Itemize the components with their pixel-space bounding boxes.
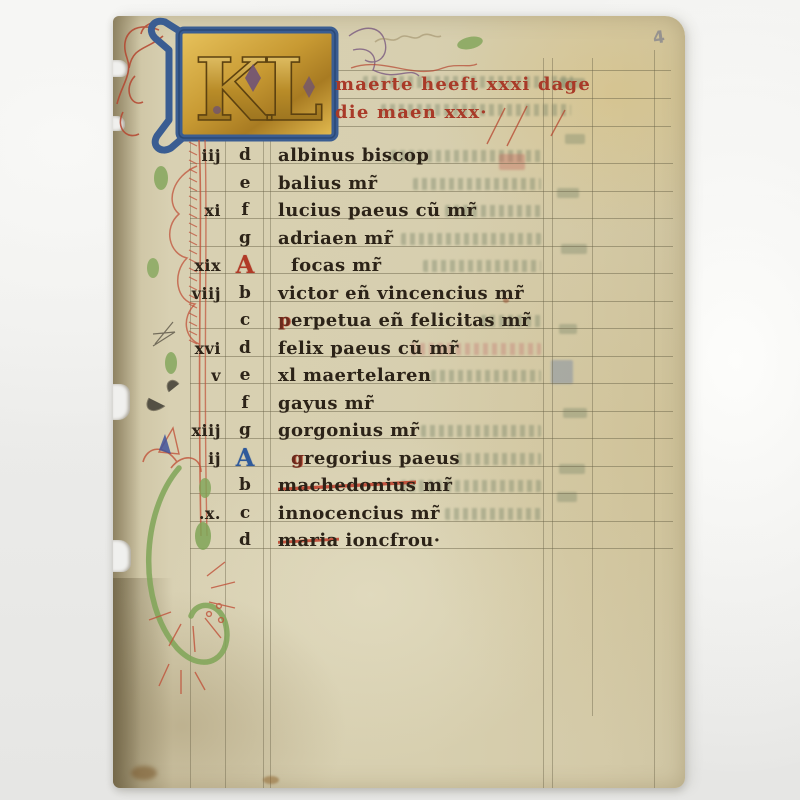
- golden-number: iij: [113, 142, 221, 169]
- feast-name: felix paeus cũ mr̃: [278, 335, 459, 362]
- calendar-row: xvidfelix paeus cũ mr̃: [113, 335, 685, 363]
- feast-name: innocencius mr̃: [278, 500, 440, 527]
- calendar-row: cperpetua eñ felicitas mr̃: [113, 307, 685, 335]
- feast-name: maria ioncfrou·: [278, 527, 440, 554]
- calendar-row: iijdalbinus biscop: [113, 142, 685, 170]
- ruling-line-h: [330, 70, 671, 71]
- kl-initial-panel: KL: [151, 21, 335, 150]
- dominical-letter: e: [225, 362, 265, 389]
- feast-name: perpetua eñ felicitas mr̃: [278, 307, 531, 334]
- feast-name: victor eñ vincencius mr̃: [278, 280, 524, 307]
- dominical-letter: d: [225, 527, 265, 554]
- golden-number: xix: [113, 252, 221, 279]
- feast-name: machedonius mr̃: [278, 472, 452, 499]
- red-strikethrough: maria: [278, 530, 339, 551]
- calendar-row: fgayus mr̃: [113, 390, 685, 418]
- blue-frame: [179, 30, 335, 138]
- calendar-row: xixAfocas mr̃: [113, 252, 685, 280]
- calendar-row: dmaria ioncfrou·: [113, 527, 685, 555]
- golden-number: viij: [113, 280, 221, 307]
- feast-name: albinus biscop: [278, 142, 429, 169]
- header-month-line: maerte heeft xxxi dage: [335, 74, 591, 95]
- feast-name: focas mr̃: [291, 252, 382, 279]
- soiled-bottom-left: [113, 578, 173, 788]
- photo-background: KL: [0, 0, 800, 800]
- calendar-row: bmachedonius mr̃: [113, 472, 685, 500]
- golden-number: xi: [113, 197, 221, 224]
- feast-name: gregorius paeus: [291, 445, 460, 472]
- blue-frame-hook: [151, 21, 185, 150]
- dominical-letter: A: [225, 252, 265, 277]
- dominical-letter: c: [225, 500, 265, 527]
- dominical-letter: b: [225, 280, 265, 307]
- stain: [263, 776, 279, 784]
- calendar-row: vexl maertelaren: [113, 362, 685, 390]
- calendar-row: xiflucius paeus cũ mr̃: [113, 197, 685, 225]
- red-strikethrough: machedonius: [278, 475, 416, 496]
- dominical-letter: c: [225, 307, 265, 334]
- folio-number: 4: [652, 27, 667, 48]
- dominical-letter: g: [225, 417, 265, 444]
- dominical-letter: f: [225, 197, 265, 224]
- dominical-letter: g: [225, 225, 265, 252]
- header-moon-line: die maen xxx·: [335, 102, 488, 123]
- dominical-letter: A: [225, 445, 265, 470]
- golden-number: v: [113, 362, 221, 389]
- feast-name: gorgonius mr̃: [278, 417, 419, 444]
- calendar-row: ebalius mr̃: [113, 170, 685, 198]
- dominical-letter: d: [225, 335, 265, 362]
- green-leaf-icon: [456, 34, 484, 51]
- dominical-letter: b: [225, 472, 265, 499]
- ruling-line-h: [330, 126, 671, 127]
- torn-edge-notch: [113, 60, 128, 77]
- kl-monogram-glyphs: KL: [194, 40, 322, 141]
- golden-number: xiij: [113, 417, 221, 444]
- calendar-row: .x.cinnocencius mr̃: [113, 500, 685, 528]
- feast-name: lucius paeus cũ mr̃: [278, 197, 476, 224]
- golden-number: .x.: [113, 500, 221, 527]
- calendar-row: ijAgregorius paeus: [113, 445, 685, 473]
- violet-diamond-icon: [245, 64, 261, 92]
- golden-number: xvi: [113, 335, 221, 362]
- dominical-letter: f: [225, 390, 265, 417]
- feast-name: gayus mr̃: [278, 390, 374, 417]
- golden-number: ij: [113, 445, 221, 472]
- feast-name: balius mr̃: [278, 170, 378, 197]
- manuscript-leaf: KL: [113, 16, 685, 788]
- faded-inscription: [375, 34, 441, 42]
- torn-edge-notch: [113, 116, 125, 131]
- dominical-letter: e: [225, 170, 265, 197]
- ruling-line-h: [330, 98, 671, 99]
- feast-name: adriaen mr̃: [278, 225, 394, 252]
- feast-name: xl maertelaren: [278, 362, 431, 389]
- calendar-row: gadriaen mr̃: [113, 225, 685, 253]
- calendar-row: xiijggorgonius mr̃: [113, 417, 685, 445]
- stain: [131, 766, 157, 780]
- violet-flourish-icon: [349, 28, 419, 76]
- dominical-letter: d: [225, 142, 265, 169]
- calendar-row: viijbvictor eñ vincencius mr̃: [113, 280, 685, 308]
